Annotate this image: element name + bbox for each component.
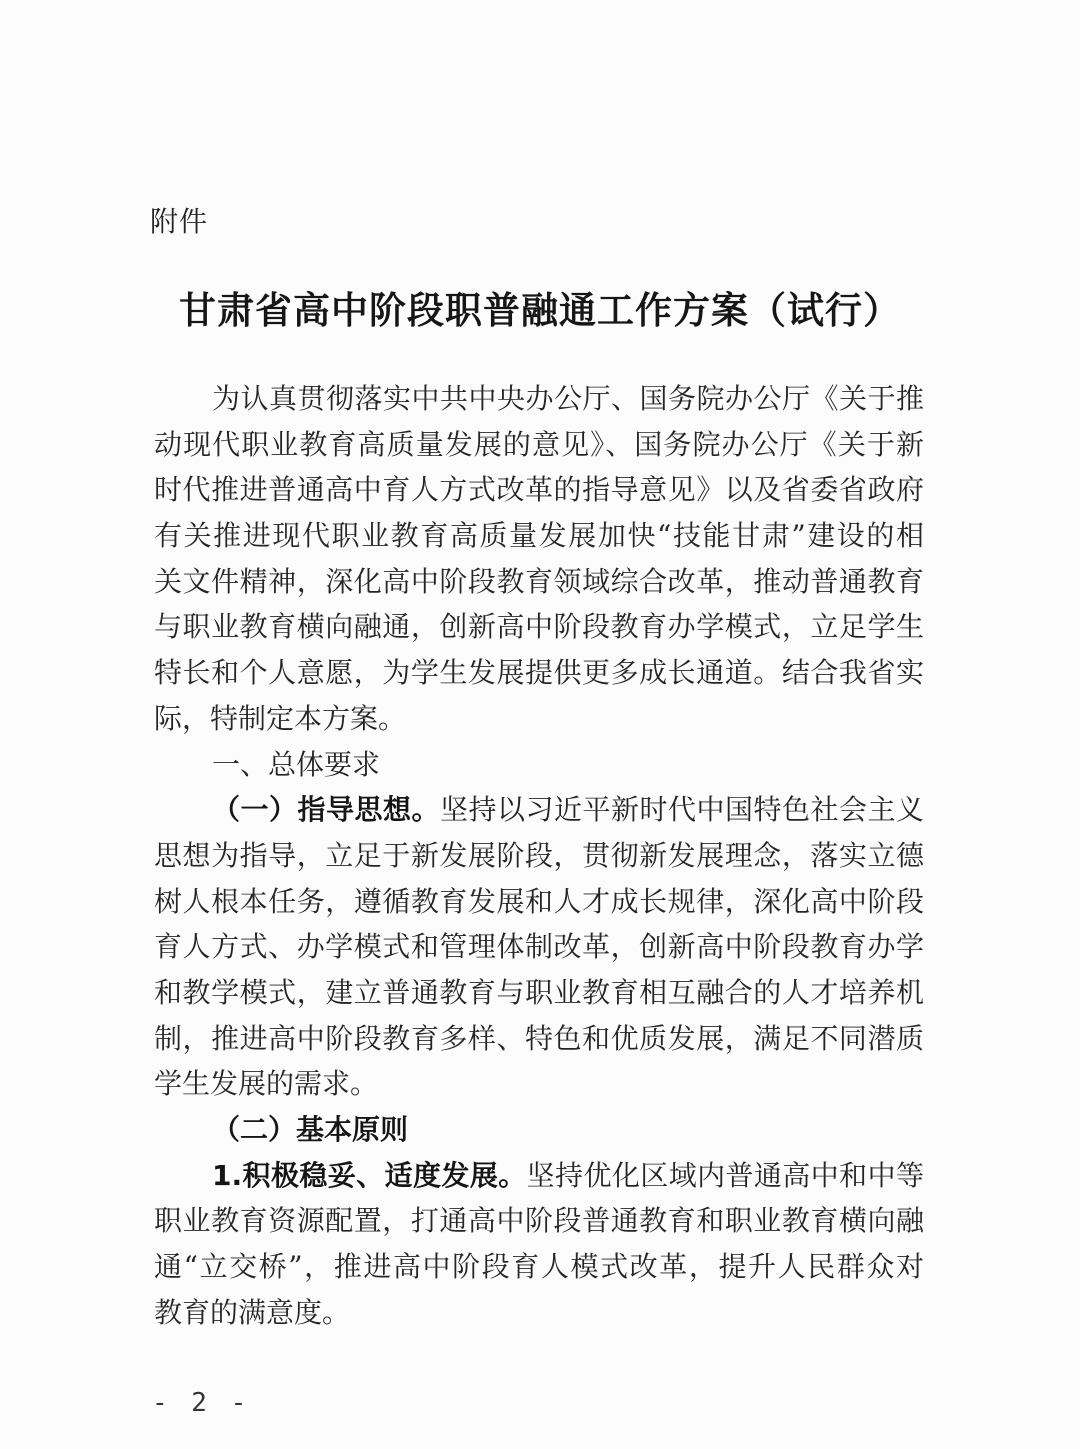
paragraph-line: 际，特制定本方案。	[154, 696, 924, 742]
paragraph-line: 制，推进高中阶段教育多样、特色和优质发展，满足不同潜质	[154, 1016, 924, 1062]
paragraph-line: 和教学模式，建立普通教育与职业教育相互融合的人才培养机	[154, 970, 924, 1016]
document-title: 甘肃省高中阶段职普融通工作方案（试行）	[0, 280, 1080, 334]
paragraph-line: 教育的满意度。	[154, 1290, 924, 1336]
guiding-ideology-paragraph: （一）指导思想。坚持以习近平新时代中国特色社会主义 思想为指导，立足于新发展阶段…	[154, 787, 924, 1107]
section-heading-overall-requirements: 一、总体要求	[154, 742, 924, 788]
paragraph-line: 关文件精神，深化高中阶段教育领域综合改革，推动普通教育	[154, 559, 924, 605]
subsection-heading-guiding-ideology: （一）指导思想。	[212, 793, 440, 826]
document-body: 为认真贯彻落实中共中央办公厅、国务院办公厅《关于推 动现代职业教育高质量发展的意…	[154, 376, 924, 1335]
document-page: 附件 甘肃省高中阶段职普融通工作方案（试行） 为认真贯彻落实中共中央办公厅、国务…	[0, 0, 1080, 1449]
paragraph-line: 有关推进现代职业教育高质量发展加快“技能甘肃”建设的相	[154, 513, 924, 559]
paragraph-line: 职业教育资源配置，打通高中阶段普通教育和职业教育横向融	[154, 1198, 924, 1244]
paragraph-line: 通“立交桥”，推进高中阶段育人模式改革，提升人民群众对	[154, 1244, 924, 1290]
preamble-paragraph: 为认真贯彻落实中共中央办公厅、国务院办公厅《关于推 动现代职业教育高质量发展的意…	[154, 376, 924, 742]
paragraph-line: 思想为指导，立足于新发展阶段，贯彻新发展理念，落实立德	[154, 833, 924, 879]
paragraph-line: （一）指导思想。坚持以习近平新时代中国特色社会主义	[154, 787, 924, 833]
paragraph-text: 坚持以习近平新时代中国特色社会主义	[440, 793, 924, 826]
attachment-label: 附件	[150, 200, 208, 240]
paragraph-line: 特长和个人意愿，为学生发展提供更多成长通道。结合我省实	[154, 650, 924, 696]
paragraph-line: 学生发展的需求。	[154, 1061, 924, 1107]
paragraph-line: 时代推进普通高中育人方式改革的指导意见》以及省委省政府	[154, 467, 924, 513]
principle-1-paragraph: 1.积极稳妥、适度发展。坚持优化区域内普通高中和中等 职业教育资源配置，打通高中…	[154, 1153, 924, 1336]
page-number: - 2 -	[152, 1388, 250, 1418]
paragraph-line: 1.积极稳妥、适度发展。坚持优化区域内普通高中和中等	[154, 1153, 924, 1199]
subsection-heading-basic-principles: （二）基本原则	[154, 1107, 924, 1153]
paragraph-line: 动现代职业教育高质量发展的意见》、国务院办公厅《关于新	[154, 422, 924, 468]
principle-heading: 1.积极稳妥、适度发展。	[212, 1159, 527, 1192]
paragraph-text: 坚持优化区域内普通高中和中等	[527, 1159, 924, 1192]
paragraph-line: 育人方式、办学模式和管理体制改革，创新高中阶段教育办学	[154, 924, 924, 970]
paragraph-line: 为认真贯彻落实中共中央办公厅、国务院办公厅《关于推	[154, 376, 924, 422]
paragraph-line: 树人根本任务，遵循教育发展和人才成长规律，深化高中阶段	[154, 879, 924, 925]
paragraph-line: 与职业教育横向融通，创新高中阶段教育办学模式，立足学生	[154, 604, 924, 650]
